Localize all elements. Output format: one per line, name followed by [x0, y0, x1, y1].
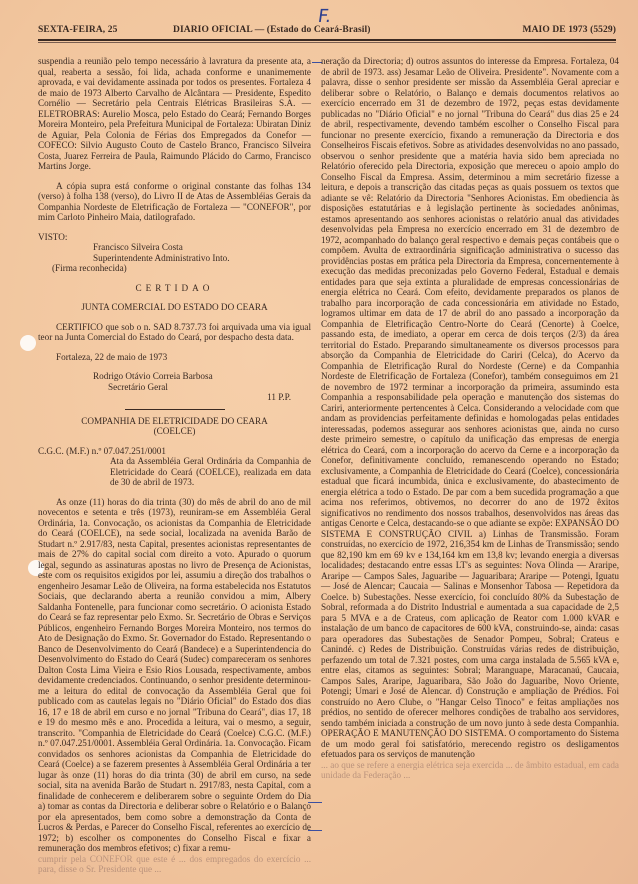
certifico-paragraph: CERTIFICO que sob o n. SAD 8.737.73 foi …: [38, 322, 311, 343]
visto-signer-title: Superintendente Administrativo Into.: [93, 253, 311, 264]
section-divider: [125, 409, 225, 410]
publication-reference: 11 P.P.: [38, 392, 311, 403]
header-date: SEXTA-FEIRA, 25: [38, 25, 117, 35]
minutes-closing-paragraph: suspendia a reunião pelo tempo necessári…: [38, 56, 311, 172]
visto-label: VISTO:: [38, 232, 311, 243]
punch-hole-top: [20, 335, 36, 351]
certidao-heading: CERTIDAO: [38, 283, 311, 294]
ata-heading: Ata da Assembléia Geral Ordinária da Com…: [110, 456, 311, 488]
header-month-page: MAIO DE 1973 (5529): [523, 25, 616, 35]
junta-comercial-heading: JUNTA COMERCIAL DO ESTADO DO CEARA: [38, 302, 311, 313]
assembly-minutes-paragraph: As onze (11) horas do dia trinta (30) do…: [38, 497, 311, 854]
right-column: neração da Directoria; d) outros assunto…: [321, 56, 619, 781]
certidao-signer-name: Rodrigo Otávio Correia Barbosa: [93, 371, 311, 382]
page-header: SEXTA-FEIRA, 25 DIARIO OFICIAL — (Estado…: [38, 23, 616, 39]
header-rule-thin: [38, 42, 616, 43]
firma-note: (Firma reconhecida): [52, 263, 311, 274]
visto-signer-name: Francisco Silveira Costa: [93, 242, 311, 253]
header-publication-title: DIARIO OFICIAL — (Estado do Ceará-Brasil…: [173, 25, 371, 35]
copy-certification-paragraph: A cópia supra está conforme o original c…: [38, 181, 311, 223]
certidao-date-line: Fortaleza, 22 de maio de 1973: [38, 352, 311, 363]
bleed-through-text: ... ao que se refere a energia elétrica …: [321, 760, 619, 781]
bleed-through-text: cumprir pela CONEFOR que este é ... dos …: [38, 854, 311, 875]
company-title: COMPANHIA DE ELETRICIDADE DO CEARA: [38, 416, 311, 427]
newspaper-page: F. SEXTA-FEIRA, 25 DIARIO OFICIAL — (Est…: [0, 0, 638, 884]
certidao-signer-title: Secretário Geral: [108, 382, 311, 393]
company-acronym: (COELCE): [38, 426, 311, 437]
header-rule: [38, 39, 616, 41]
left-column: suspendia a reunião pelo tempo necessári…: [38, 56, 311, 875]
cgc-number: C.G.C. (M.F.) n.º 07.047.251/0001: [38, 446, 311, 457]
assembly-minutes-continuation: neração da Directoria; d) outros assunto…: [321, 56, 619, 760]
